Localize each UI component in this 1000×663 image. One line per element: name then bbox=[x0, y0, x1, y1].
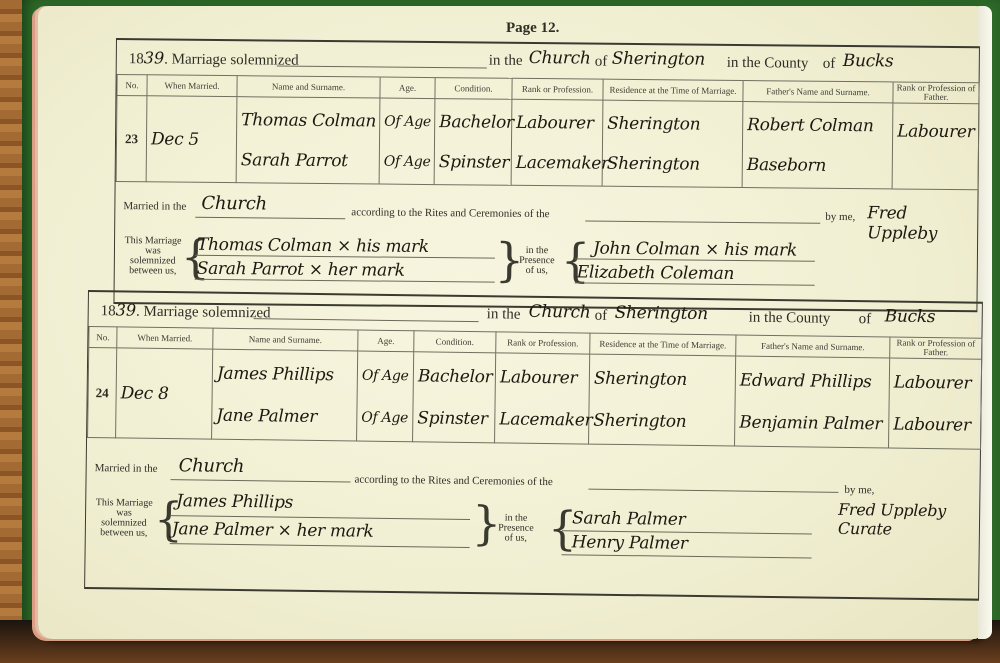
groom-condition: Bachelor bbox=[439, 112, 507, 133]
parish: Sherington bbox=[612, 49, 705, 70]
this-marriage-label: This Marriage was solemnized between us, bbox=[123, 236, 183, 277]
officiant-signature: Fred Uppleby Curate bbox=[838, 500, 979, 540]
bride-father: Baseborn bbox=[747, 155, 888, 176]
groom-signature: James Phillips bbox=[176, 491, 293, 513]
groom-father: Robert Colman bbox=[747, 115, 888, 136]
blank-line bbox=[277, 66, 487, 69]
presence-label: in the Presence of us, bbox=[490, 513, 542, 544]
place-type: Church bbox=[529, 302, 591, 323]
col-condition: Condition. bbox=[414, 331, 496, 353]
groom-father-rank: Labourer bbox=[897, 121, 974, 142]
groom-residence: Sherington bbox=[594, 368, 731, 390]
married-in-line: Married in the bbox=[95, 462, 158, 475]
entry-year: 1839. Marriage solemnized bbox=[129, 48, 299, 70]
of-label: of bbox=[595, 308, 608, 325]
year-suffix: 39 bbox=[116, 300, 137, 319]
this-marriage-label: This Marriage was solemnized between us, bbox=[94, 498, 155, 539]
married-in-value: Church bbox=[179, 455, 245, 477]
text: between us, bbox=[123, 266, 183, 277]
county-label: in the County bbox=[749, 310, 831, 328]
county-of-label: of bbox=[859, 311, 872, 328]
col-father-rank: Rank or Profession of Father. bbox=[890, 337, 982, 359]
col-when-married: When Married. bbox=[147, 75, 237, 97]
page-number: Page 12. bbox=[506, 20, 559, 37]
married-in-label: Married in the bbox=[95, 462, 158, 475]
blank-line bbox=[171, 479, 351, 482]
col-rank: Rank or Profession. bbox=[512, 78, 603, 100]
bride-condition: Spinster bbox=[439, 152, 507, 173]
bride-age: Of Age bbox=[361, 409, 408, 426]
signature-line bbox=[170, 543, 470, 548]
groom-age: Of Age bbox=[384, 113, 430, 129]
bride-condition: Spinster bbox=[417, 408, 490, 429]
col-no: No. bbox=[117, 75, 147, 96]
bride-father: Benjamin Palmer bbox=[739, 412, 884, 434]
groom-signature: Thomas Colman × his mark bbox=[197, 235, 429, 257]
parish: Sherington bbox=[615, 303, 708, 324]
married-in-label: Married in the bbox=[123, 200, 186, 213]
rites-line bbox=[588, 489, 838, 493]
col-name: Name and Surname. bbox=[213, 328, 358, 351]
col-rank: Rank or Profession. bbox=[496, 332, 590, 354]
presence-label: in the Presence of us, bbox=[511, 246, 563, 276]
signature-line bbox=[575, 282, 815, 285]
col-age: Age. bbox=[358, 330, 414, 352]
col-age: Age. bbox=[380, 77, 435, 99]
witness-1-signature: Sarah Palmer bbox=[572, 508, 686, 529]
blank-line bbox=[195, 217, 345, 219]
text: between us, bbox=[94, 528, 154, 539]
of-label: of bbox=[595, 54, 608, 71]
register-page: Page 12. 1839. Marriage solemnized in th… bbox=[38, 6, 982, 639]
groom-rank: Labourer bbox=[516, 112, 598, 133]
entry-number: 23 bbox=[116, 96, 147, 182]
groom-residence: Sherington bbox=[607, 113, 738, 134]
in-the-label: in the bbox=[489, 53, 523, 70]
county: Bucks bbox=[885, 306, 936, 327]
place-type: Church bbox=[529, 48, 591, 69]
bride-rank: Lacemaker bbox=[499, 409, 584, 430]
married-in-value: Church bbox=[201, 193, 267, 215]
col-residence: Residence at the Time of Marriage. bbox=[603, 79, 743, 101]
col-condition: Condition. bbox=[435, 78, 512, 100]
bride-residence: Sherington bbox=[607, 153, 738, 174]
when-married: Dec 8 bbox=[116, 348, 213, 439]
bride-rank: Lacemaker bbox=[516, 152, 598, 173]
signature-line bbox=[195, 255, 495, 259]
entry-number: 24 bbox=[88, 348, 117, 438]
groom-rank: Labourer bbox=[500, 367, 585, 388]
married-in-line: Married in the bbox=[123, 200, 186, 213]
col-father-name: Father's Name and Surname. bbox=[736, 335, 890, 358]
year-prefix: 18 bbox=[101, 303, 116, 319]
bride-signature: Jane Palmer × her mark bbox=[172, 519, 374, 542]
rites-line bbox=[585, 221, 820, 224]
groom-name: James Phillips bbox=[217, 363, 353, 385]
groom-father: Edward Phillips bbox=[740, 370, 885, 392]
register-table: No. When Married. Name and Surname. Age.… bbox=[116, 74, 980, 190]
marriage-entry-24: 1839. Marriage solemnized in the Church … bbox=[84, 290, 983, 601]
entry-year: 1839. Marriage solemnized bbox=[101, 300, 271, 322]
col-name: Name and Surname. bbox=[237, 76, 380, 98]
county-label: in the County bbox=[727, 55, 809, 73]
according-to-label: according to the Rites and Ceremonies of… bbox=[351, 206, 549, 220]
witness-2-signature: Henry Palmer bbox=[572, 532, 688, 554]
col-residence: Residence at the Time of Marriage. bbox=[590, 333, 736, 356]
county-of-label: of bbox=[823, 56, 836, 73]
groom-father-rank: Labourer bbox=[894, 372, 977, 393]
in-the-label: in the bbox=[487, 306, 521, 323]
county: Bucks bbox=[843, 51, 894, 71]
bride-name: Sarah Parrot bbox=[241, 150, 375, 171]
col-father-rank: Rank or Profession of Father. bbox=[893, 82, 979, 104]
table-row: 23 Dec 5 Thomas ColmanSarah Parrot Of Ag… bbox=[116, 96, 979, 190]
blank-line bbox=[254, 318, 479, 322]
bride-father-rank bbox=[897, 171, 974, 172]
witness-1-signature: John Colman × his mark bbox=[593, 239, 797, 261]
text: of us, bbox=[490, 533, 542, 544]
bride-signature: Sarah Parrot × her mark bbox=[197, 259, 405, 281]
register-table: No. When Married. Name and Surname. Age.… bbox=[87, 326, 982, 450]
marriage-solemnized-label: . Marriage solemnized bbox=[136, 304, 271, 322]
groom-age: Of Age bbox=[362, 367, 409, 384]
officiant-signature: Fred Uppleby bbox=[867, 203, 977, 244]
col-father-name: Father's Name and Surname. bbox=[743, 81, 893, 103]
by-me-label: by me, bbox=[844, 484, 874, 496]
bride-age: Of Age bbox=[384, 153, 430, 169]
witness-2-signature: Elizabeth Coleman bbox=[577, 262, 735, 284]
bride-name: Jane Palmer bbox=[216, 405, 352, 427]
groom-name: Thomas Colman bbox=[241, 110, 375, 131]
signature-line bbox=[562, 554, 812, 558]
text: of us, bbox=[511, 266, 563, 276]
groom-condition: Bachelor bbox=[418, 366, 491, 387]
year-suffix: 39 bbox=[144, 48, 165, 67]
col-when-married: When Married. bbox=[117, 327, 213, 349]
signature-line bbox=[195, 279, 495, 283]
according-to-label: according to the Rites and Ceremonies of… bbox=[354, 474, 552, 489]
bride-residence: Sherington bbox=[593, 410, 730, 432]
bride-father-rank: Labourer bbox=[893, 414, 976, 435]
year-prefix: 18 bbox=[129, 51, 144, 67]
col-no: No. bbox=[89, 327, 117, 348]
by-me-label: by me, bbox=[825, 211, 855, 223]
marriage-entry-23: 1839. Marriage solemnized in the Church … bbox=[113, 38, 980, 312]
when-married: Dec 5 bbox=[146, 96, 237, 183]
table-row: 24 Dec 8 James PhillipsJane Palmer Of Ag… bbox=[88, 348, 982, 450]
